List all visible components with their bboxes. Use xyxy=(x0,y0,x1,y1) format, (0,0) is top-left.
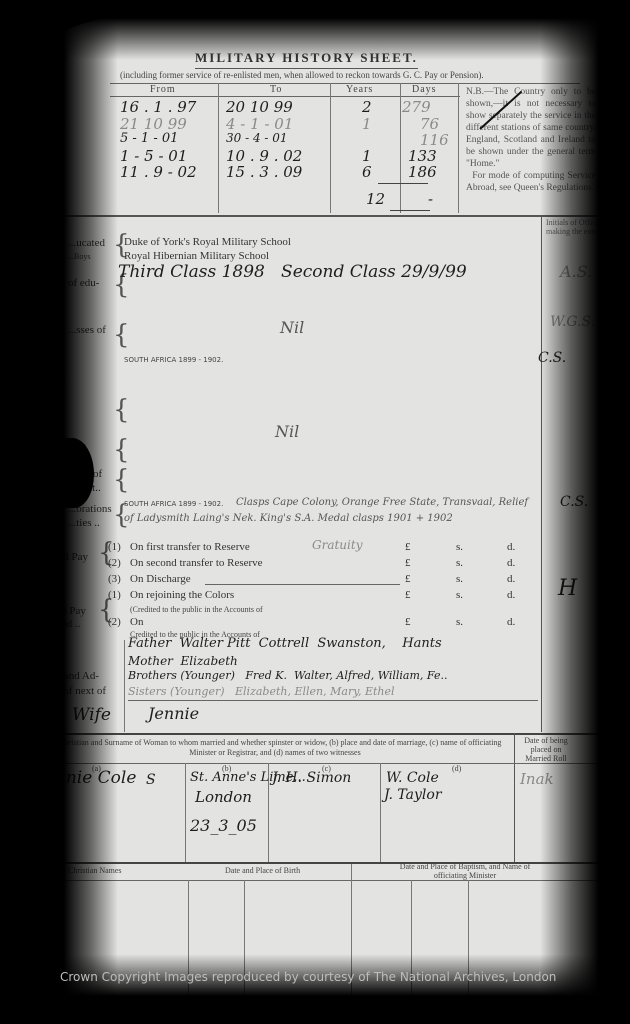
service-total-days: - xyxy=(428,190,433,208)
pence-label: d. xyxy=(507,557,515,569)
col-header-from: From xyxy=(150,84,176,95)
pence-label: d. xyxy=(507,541,515,553)
row-label: On rejoining the Colors xyxy=(130,589,234,601)
ink-blot xyxy=(52,438,94,508)
row-entry: Gratuity xyxy=(312,538,362,552)
col-header-to: To xyxy=(270,84,282,95)
service-from: 5 - 1 - 01 xyxy=(120,131,178,146)
shillings-label: s. xyxy=(456,616,463,628)
service-to: 20 10 99 xyxy=(226,98,293,116)
shillings-label: s. xyxy=(456,557,463,569)
children-col-birth: Date and Place of Birth xyxy=(225,866,300,875)
row-label: On first transfer to Reserve xyxy=(130,541,250,553)
spouse-status: S xyxy=(146,772,156,788)
pounds-label: £ xyxy=(405,589,411,601)
witness-2: J. Taylor xyxy=(384,787,442,803)
marker-d: (d) xyxy=(452,764,461,773)
col-header-years: Years xyxy=(346,84,373,95)
education-entry: Third Class 1898 Second Class 29/9/99 xyxy=(118,262,467,282)
shillings-label: s. xyxy=(456,573,463,585)
service-to: 30 - 4 - 01 xyxy=(226,131,288,145)
service-years: 1 xyxy=(362,115,372,133)
service-years: 6 xyxy=(362,163,372,181)
pence-label: d. xyxy=(507,589,515,601)
next-of-kin-sisters: Sisters (Younger) Elizabeth, Ellen, Mary… xyxy=(128,685,395,698)
school-line-1: Duke of York's Royal Military School xyxy=(124,236,291,248)
service-to: 15 . 3 . 09 xyxy=(226,163,302,181)
row-label: On xyxy=(130,616,143,628)
children-col-baptism: Date and Place of Baptism, and Name of o… xyxy=(390,862,540,880)
next-of-kin-brothers: Brothers (Younger) Fred K. Walter, Alfre… xyxy=(128,669,447,682)
shillings-label: s. xyxy=(456,589,463,601)
row-label: On second transfer to Reserve xyxy=(130,557,263,569)
decorations-line-1: Clasps Cape Colony, Orange Free State, T… xyxy=(236,497,528,508)
page-subtitle: (including former service of re-enlisted… xyxy=(120,70,484,80)
witness-1: W. Cole xyxy=(386,770,439,786)
pounds-label: £ xyxy=(405,557,411,569)
service-from: 16 . 1 . 97 xyxy=(120,98,196,116)
decorations-stamp: SOUTH AFRICA 1899 - 1902. xyxy=(124,500,223,508)
campaign-stamp: SOUTH AFRICA 1899 - 1902. xyxy=(124,356,223,364)
service-total-years: 12 xyxy=(366,190,385,208)
marriage-date: 23_3_05 xyxy=(190,816,257,835)
pounds-label: £ xyxy=(405,616,411,628)
col-header-days: Days xyxy=(412,84,437,95)
pounds-label: £ xyxy=(405,573,411,585)
officiating-minister: J. H. Simon xyxy=(272,770,351,786)
school-line-2: Royal Hibernian Military School xyxy=(124,250,269,262)
copyright-watermark: Crown Copyright Images reproduced by cou… xyxy=(60,970,556,984)
next-of-kin-wife: Jennie xyxy=(148,704,199,723)
next-of-kin-father: Father Walter Pitt Cottrell Swanston, Ha… xyxy=(128,636,442,651)
decorations-line-2: of Ladysmith Laing's Nek. King's S.A. Me… xyxy=(124,513,453,524)
pence-label: d. xyxy=(507,573,515,585)
classes-nil: Nil xyxy=(280,318,304,337)
service-days: 186 xyxy=(408,163,437,181)
row-label: On Discharge xyxy=(130,573,191,585)
row-sub: (Credited to the public in the Accounts … xyxy=(130,605,263,614)
service-from: 11 . 9 - 02 xyxy=(120,163,197,181)
next-of-kin-mother: Mother Elizabeth xyxy=(128,654,238,668)
shillings-label: s. xyxy=(456,541,463,553)
pence-label: d. xyxy=(507,616,515,628)
service-days: 279 xyxy=(402,98,431,116)
marriage-place-2: London xyxy=(195,788,252,806)
pounds-label: £ xyxy=(405,541,411,553)
rewards-nil: Nil xyxy=(275,422,299,441)
service-years: 2 xyxy=(362,98,372,116)
